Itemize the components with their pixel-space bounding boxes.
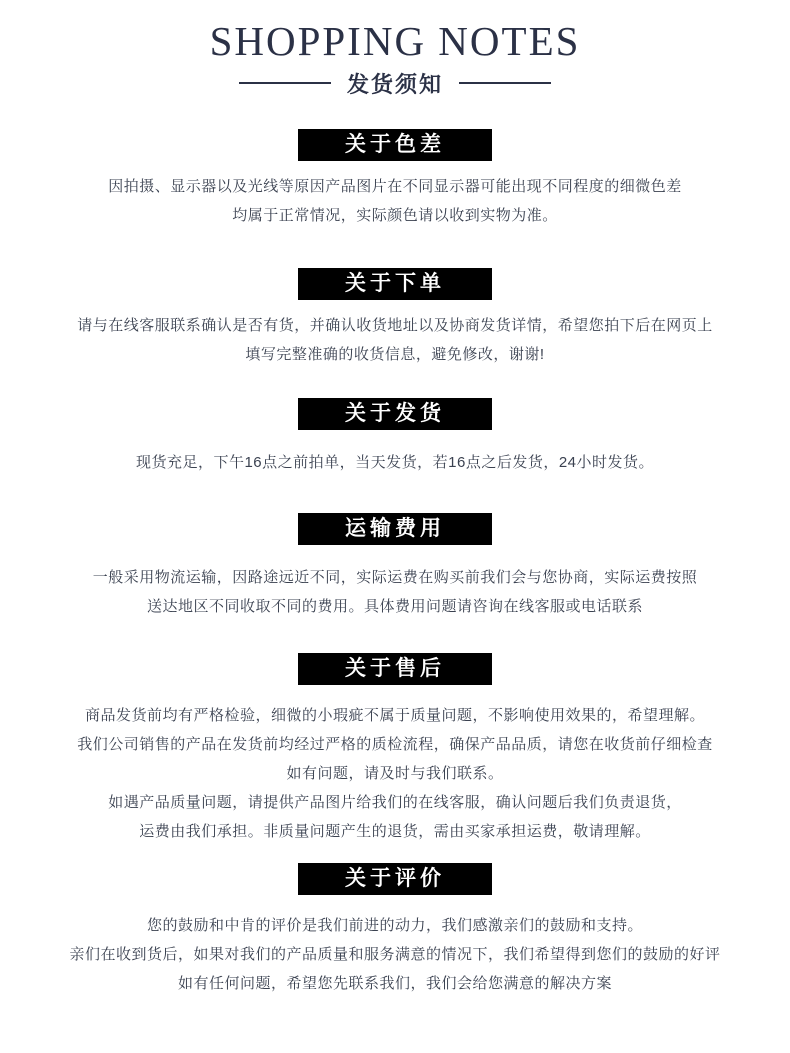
- section-ordering: 关于下单 请与在线客服联系确认是否有货，并确认收货地址以及协商发货详情，希望您拍…: [0, 268, 790, 369]
- paragraph-line: 如有问题，请及时与我们联系。: [0, 759, 790, 788]
- section-heading-banner: 关于下单: [298, 268, 492, 300]
- page-subtitle: 发货须知: [347, 68, 443, 99]
- paragraph-line: 亲们在收到货后，如果对我们的产品质量和服务满意的情况下，我们希望得到您们的鼓励的…: [0, 940, 790, 969]
- section-heading-banner: 关于发货: [298, 398, 492, 430]
- section-reviews: 关于评价 您的鼓励和中肯的评价是我们前进的动力，我们感激亲们的鼓励和支持。 亲们…: [0, 863, 790, 998]
- section-paragraph: 请与在线客服联系确认是否有货，并确认收货地址以及协商发货详情，希望您拍下后在网页…: [0, 311, 790, 369]
- paragraph-line: 如有任何问题，希望您先联系我们，我们会给您满意的解决方案: [0, 969, 790, 998]
- paragraph-line: 填写完整准确的收货信息，避免修改，谢谢!: [0, 340, 790, 369]
- paragraph-line: 请与在线客服联系确认是否有货，并确认收货地址以及协商发货详情，希望您拍下后在网页…: [0, 311, 790, 340]
- paragraph-line: 现货充足，下午16点之前拍单，当天发货，若16点之后发货，24小时发货。: [0, 448, 790, 477]
- section-paragraph: 商品发货前均有严格检验，细微的小瑕疵不属于质量问题，不影响使用效果的，希望理解。…: [0, 701, 790, 846]
- paragraph-line: 运费由我们承担。非质量问题产生的退货，需由买家承担运费，敬请理解。: [0, 817, 790, 846]
- section-after-sales: 关于售后 商品发货前均有严格检验，细微的小瑕疵不属于质量问题，不影响使用效果的，…: [0, 653, 790, 846]
- section-heading-banner: 关于色差: [298, 129, 492, 161]
- notes-content: 关于色差 因拍摄、显示器以及光线等原因产品图片在不同显示器可能出现不同程度的细微…: [0, 129, 790, 998]
- paragraph-line: 因拍摄、显示器以及光线等原因产品图片在不同显示器可能出现不同程度的细微色差: [0, 172, 790, 201]
- section-paragraph: 现货充足，下午16点之前拍单，当天发货，若16点之后发货，24小时发货。: [0, 448, 790, 477]
- subtitle-right-divider: [459, 82, 551, 84]
- paragraph-line: 一般采用物流运输，因路途远近不同，实际运费在购买前我们会与您协商，实际运费按照: [0, 563, 790, 592]
- subtitle-left-divider: [239, 82, 331, 84]
- section-shipping: 关于发货 现货充足，下午16点之前拍单，当天发货，若16点之后发货，24小时发货…: [0, 398, 790, 477]
- section-heading-banner: 关于售后: [298, 653, 492, 685]
- paragraph-line: 送达地区不同收取不同的费用。具体费用问题请咨询在线客服或电话联系: [0, 592, 790, 621]
- section-paragraph: 因拍摄、显示器以及光线等原因产品图片在不同显示器可能出现不同程度的细微色差 均属…: [0, 172, 790, 230]
- page-title: SHOPPING NOTES: [0, 18, 790, 64]
- section-paragraph: 一般采用物流运输，因路途远近不同，实际运费在购买前我们会与您协商，实际运费按照 …: [0, 563, 790, 621]
- paragraph-line: 我们公司销售的产品在发货前均经过严格的质检流程，确保产品品质，请您在收货前仔细检…: [0, 730, 790, 759]
- paragraph-line: 如遇产品质量问题，请提供产品图片给我们的在线客服，确认问题后我们负责退货，: [0, 788, 790, 817]
- page-subtitle-row: 发货须知: [0, 70, 790, 96]
- shopping-notes-page: { "page": { "title": "SHOPPING NOTES", "…: [0, 0, 790, 1053]
- section-paragraph: 您的鼓励和中肯的评价是我们前进的动力，我们感激亲们的鼓励和支持。 亲们在收到货后…: [0, 911, 790, 998]
- paragraph-line: 商品发货前均有严格检验，细微的小瑕疵不属于质量问题，不影响使用效果的，希望理解。: [0, 701, 790, 730]
- page-header: SHOPPING NOTES 发货须知: [0, 18, 790, 96]
- section-heading-banner: 关于评价: [298, 863, 492, 895]
- section-color-difference: 关于色差 因拍摄、显示器以及光线等原因产品图片在不同显示器可能出现不同程度的细微…: [0, 129, 790, 230]
- section-freight-cost: 运输费用 一般采用物流运输，因路途远近不同，实际运费在购买前我们会与您协商，实际…: [0, 513, 790, 621]
- paragraph-line: 均属于正常情况，实际颜色请以收到实物为准。: [0, 201, 790, 230]
- section-heading-banner: 运输费用: [298, 513, 492, 545]
- paragraph-line: 您的鼓励和中肯的评价是我们前进的动力，我们感激亲们的鼓励和支持。: [0, 911, 790, 940]
